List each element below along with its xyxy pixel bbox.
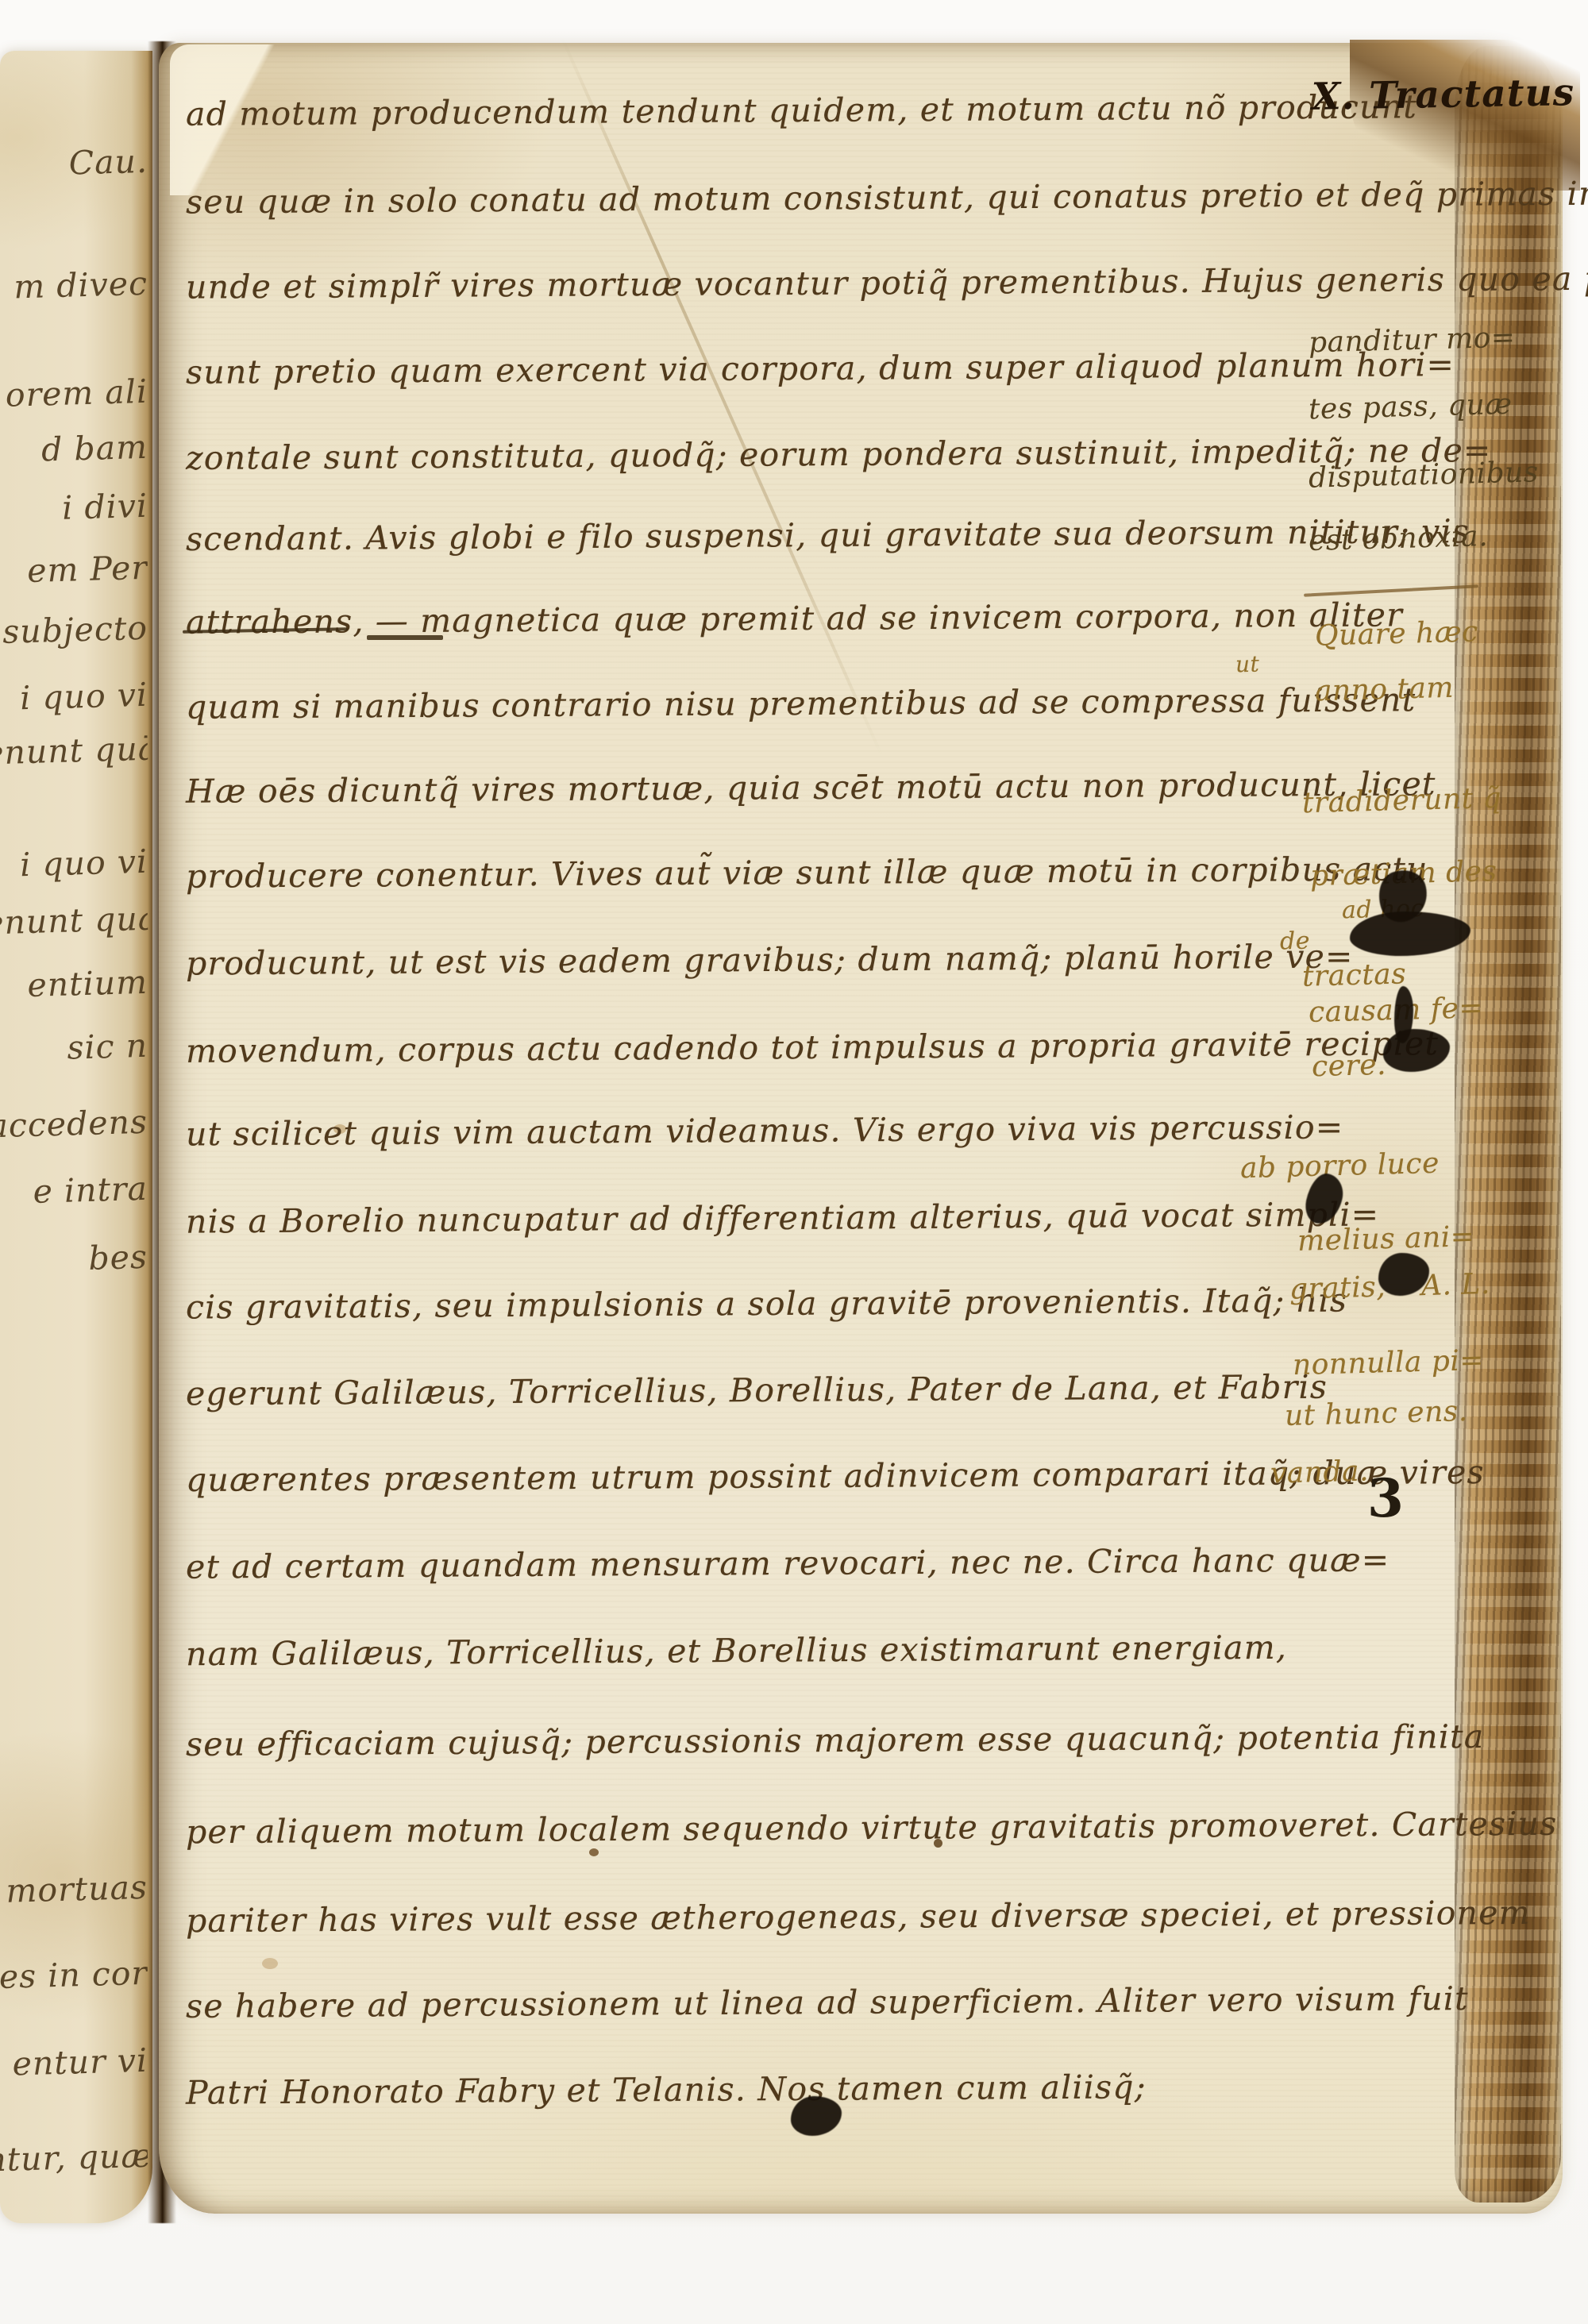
margin-heading: X. Tractatus [1312, 71, 1575, 119]
margin-note: panditur mo= [1309, 322, 1517, 360]
manuscript-line: ut scilicet quis vim auctam videamus. Vi… [186, 1108, 1344, 1154]
margin-note: A. L. [1420, 1268, 1490, 1302]
left-page-fragment: m divec [0, 264, 148, 307]
left-page-fragment: e intra [0, 1170, 148, 1212]
foxing-spot [589, 1848, 599, 1856]
manuscript-line: ad motum producendum tendunt quidem, et … [186, 87, 1417, 133]
left-page-fragment: i quo vi [0, 842, 148, 885]
strikethrough [367, 635, 443, 640]
manuscript-line: Patri Honorato Fabry et Telanis. Nos tam… [186, 2068, 1147, 2111]
manuscript-line: cis gravitatis, seu impulsionis a sola g… [186, 1281, 1347, 1327]
scanned-manuscript: Cau. m divec orem ali d bam i divi em Pe… [0, 0, 1588, 2324]
margin-note: anno tam [1314, 672, 1454, 708]
manuscript-line: nis a Borelio nuncupatur ad differentiam… [186, 1195, 1380, 1240]
foxing-spot [262, 1958, 278, 1969]
margin-note: tes pass, quæ [1309, 388, 1513, 426]
fore-edge [1455, 46, 1561, 2203]
margin-note: tractas [1301, 958, 1406, 992]
manuscript-line: sunt pretio quam exercent via corpora, d… [186, 345, 1455, 391]
manuscript-line: producere conentur. Vives aut̃ viæ sunt … [186, 850, 1428, 896]
left-page-fragment: entur vi [0, 2041, 148, 2084]
manuscript-line: egerunt Galilæus, Torricellius, Borelliu… [186, 1368, 1328, 1413]
manuscript-line: zontale sunt constituta, quodq̃; eorum p… [186, 431, 1492, 477]
manuscript-line: seu efficaciam cujusq̃; percussionis maj… [186, 1717, 1485, 1763]
left-page-fragment: bes [0, 1238, 148, 1281]
left-page-fragment: mortuas [0, 1868, 148, 1911]
manuscript-line: quam si manibus contrario nisu prementib… [186, 680, 1416, 726]
manuscript-line: et ad certam quandam mensuram revocari, … [186, 1540, 1390, 1586]
previous-page-edge: Cau. m divec orem ali d bam i divi em Pe… [0, 51, 152, 2223]
manuscript-line: movendum, corpus actu cadendo tot impuls… [186, 1024, 1439, 1070]
left-page-fragment: d bam [0, 428, 148, 471]
left-page-fragment: em Per [0, 549, 148, 592]
left-page-fragment: accedens [0, 1103, 148, 1146]
left-page-fragment: subjecto [0, 609, 148, 652]
left-page-fragment: venunt quā [0, 730, 148, 773]
manuscript-line: scendant. Avis globi e filo suspensi, qu… [186, 512, 1470, 558]
margin-note: Quare hæc [1314, 615, 1478, 652]
manuscript-line: producunt, ut est vis eadem gravibus; du… [186, 938, 1354, 983]
margin-note: ab porro luce [1240, 1147, 1440, 1185]
margin-note: vanda. [1270, 1455, 1369, 1490]
manuscript-line: Hæ oēs dicuntq̃ vires mortuæ, quia scēt … [186, 765, 1436, 811]
margin-note: est obnoxia. [1309, 520, 1489, 557]
manuscript-line: nam Galilæus, Torricellius, et Borellius… [186, 1628, 1287, 1673]
margin-note: cere. [1311, 1049, 1386, 1083]
margin-note: tradiderunt q̃ [1302, 782, 1502, 820]
left-page-fragment: i divi [0, 487, 148, 530]
margin-note: ut [1235, 651, 1260, 678]
left-page-fragment: venunt quæ [0, 900, 148, 942]
left-page-fragment: orem ali [0, 372, 148, 415]
margin-note: gratis, [1289, 1270, 1386, 1305]
left-page-fragment: entur, quæ [0, 2137, 148, 2179]
left-page-fragment: entium [0, 963, 148, 1006]
margin-note: melius ani= [1297, 1220, 1475, 1258]
page-number: 3 [1367, 1467, 1404, 1529]
left-page-fragment: Cau. [0, 142, 148, 185]
manuscript-line: se habere ad percussionem ut linea ad su… [186, 1979, 1469, 2025]
left-page-fragment: res in cor [0, 1954, 148, 1997]
left-page-fragment: sic n [0, 1027, 148, 1070]
margin-note: ut hunc ens. [1285, 1395, 1469, 1432]
margin-note: disputationibus [1309, 456, 1540, 495]
left-page-fragment: i quo vi [0, 676, 148, 719]
margin-note: de [1280, 927, 1311, 956]
margin-note: nonnulla pi= [1293, 1344, 1485, 1382]
